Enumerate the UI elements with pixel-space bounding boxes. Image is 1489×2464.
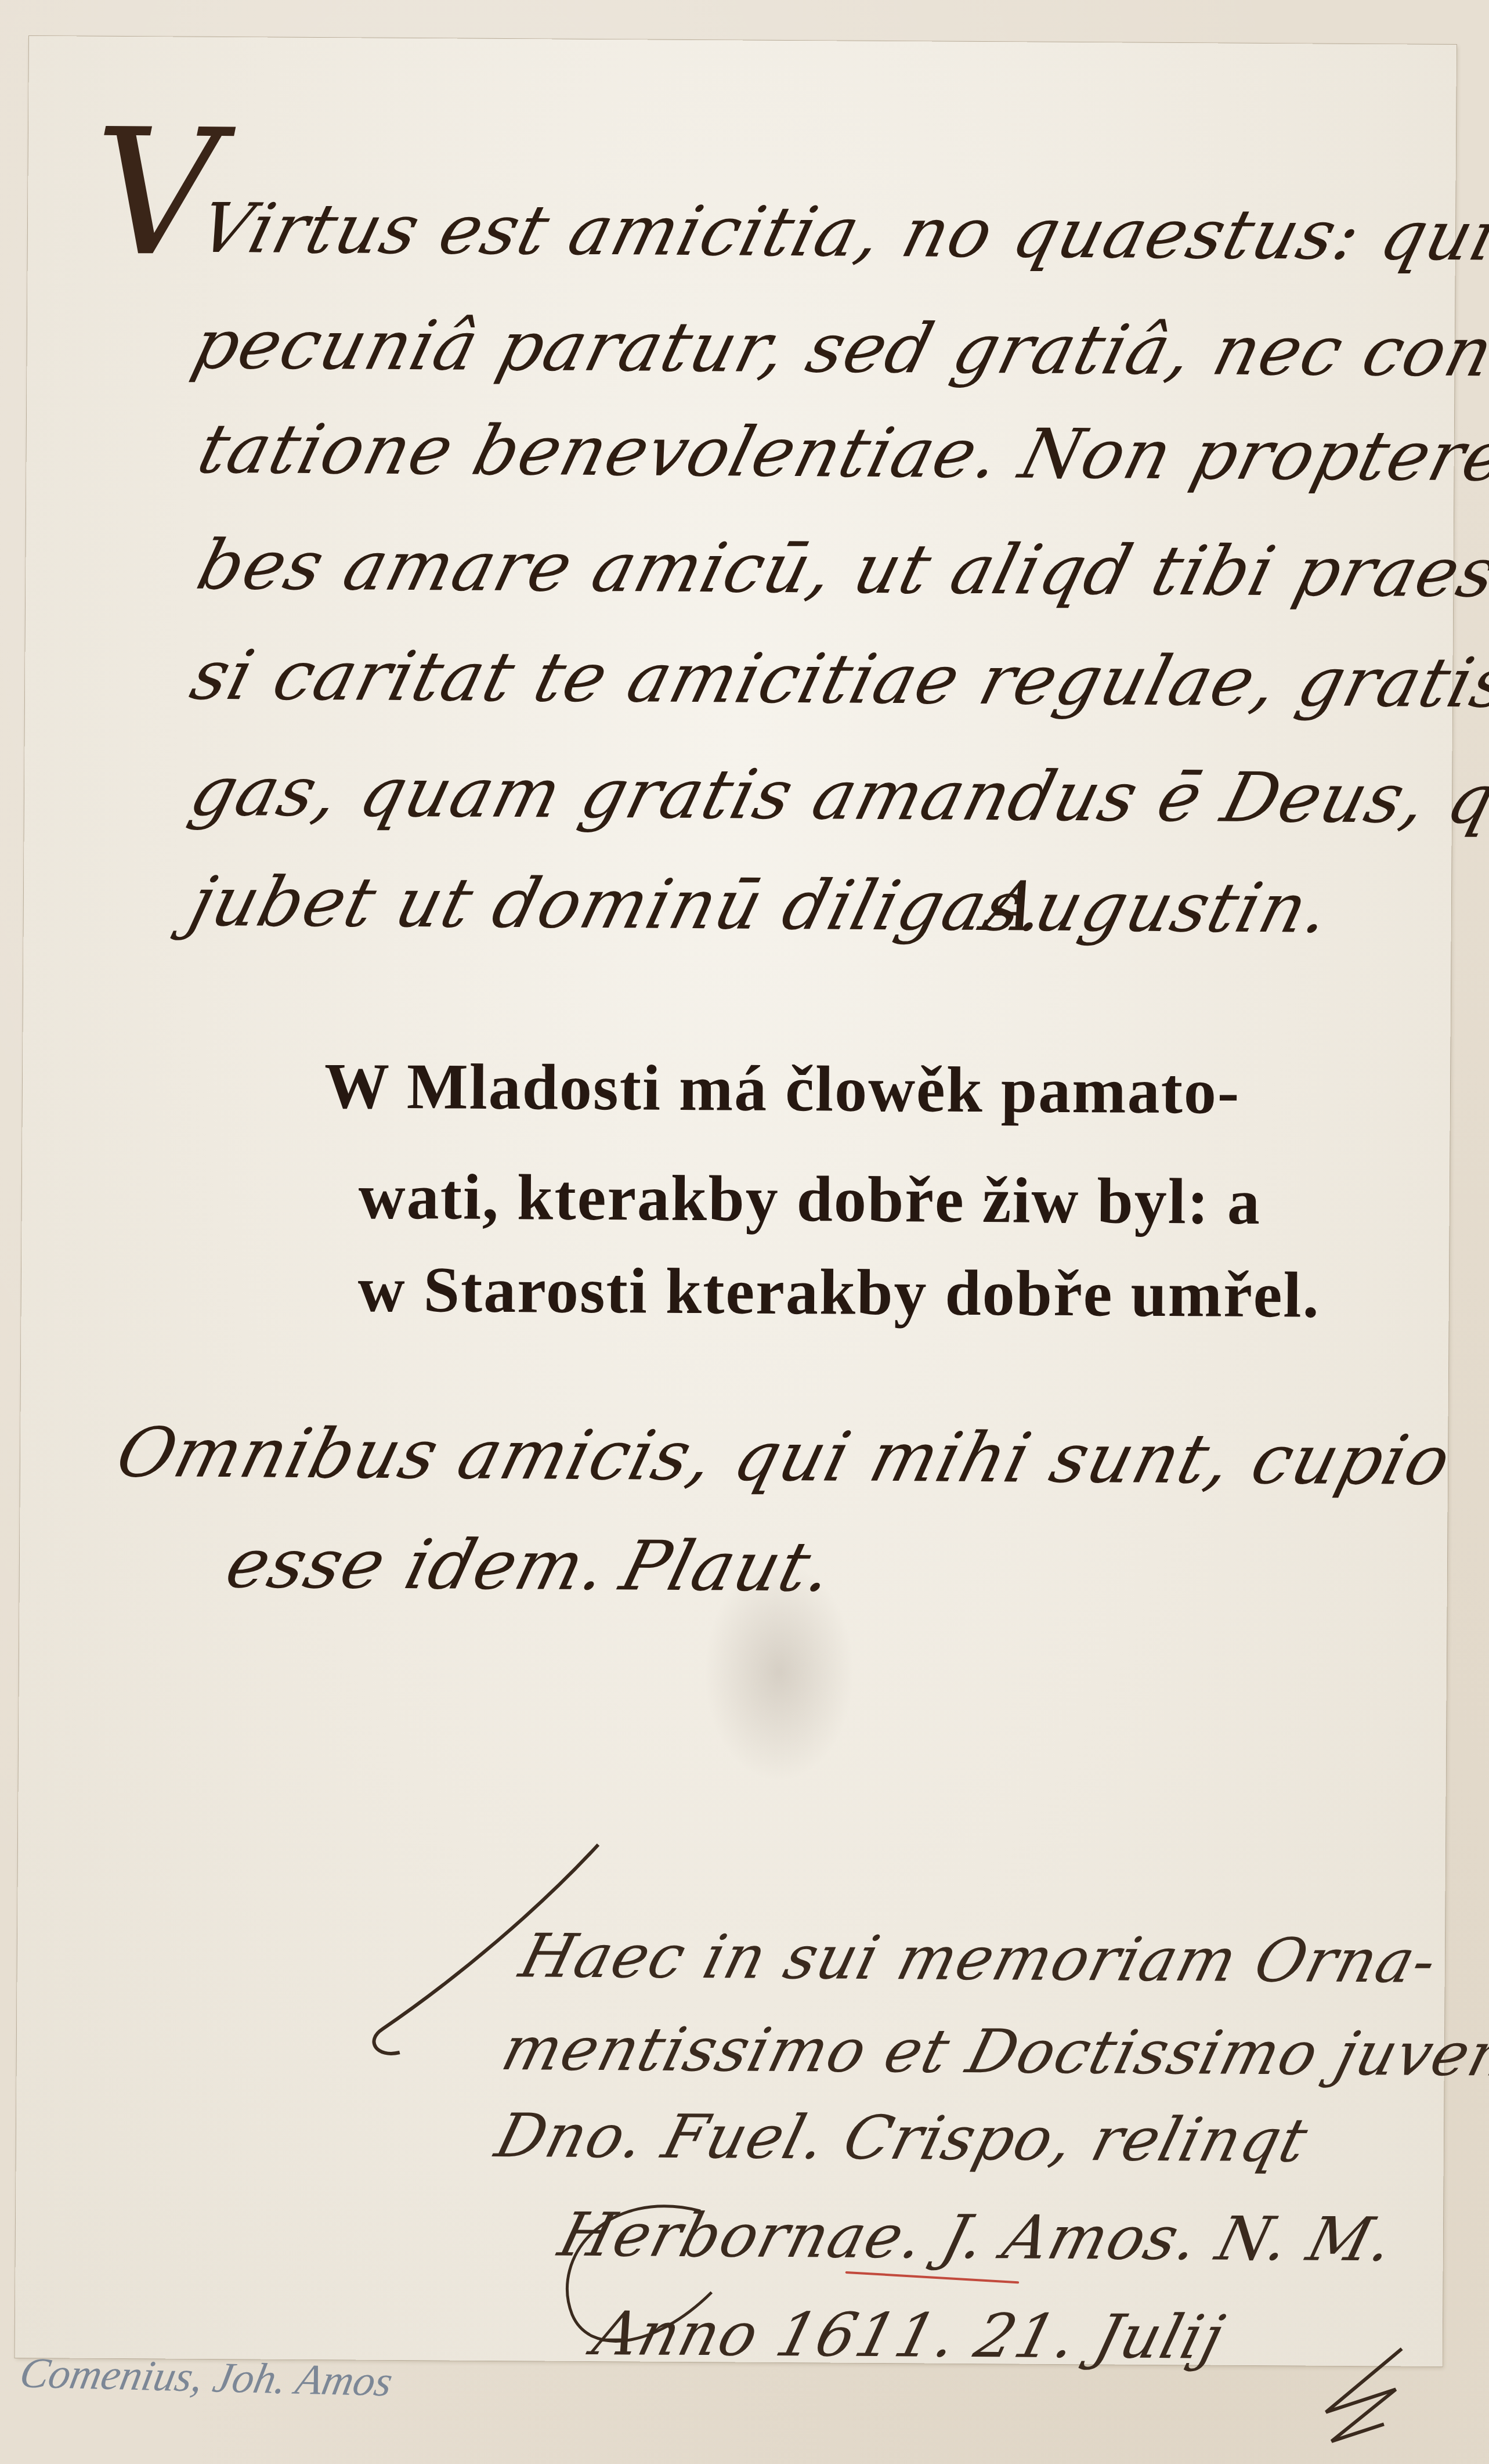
czech-line-3: w Starosti kterakby dobře umřel. bbox=[357, 1257, 1320, 1328]
dedication-line-5-date: Anno 1611. 21. Julij bbox=[588, 2303, 1231, 2367]
augustine-line-5: si caritat te amicitiae regulae, gratis … bbox=[185, 641, 1489, 718]
plautus-line-1: Omnibus amicis, qui mihi sunt, cupio bbox=[110, 1418, 1458, 1495]
augustine-attribution: Augustin. bbox=[978, 872, 1338, 942]
dedication-line-4-signature: Herbornae. J. Amos. N. M. bbox=[554, 2205, 1401, 2270]
augustine-line-3: tatione benevolentiae. Non propterea de- bbox=[192, 414, 1489, 492]
dedication-line-1: Haec in sui memoriam Orna- bbox=[515, 1925, 1444, 1991]
plautus-line-2: esse idem. bbox=[220, 1529, 615, 1600]
manuscript-sheet: V Virtus est amicitia, no quaestus: quia… bbox=[15, 36, 1457, 2366]
dedication-line-2: mentissimo et Doctissimo juveni bbox=[497, 2018, 1489, 2085]
red-pencil-underline bbox=[845, 2271, 1020, 2284]
augustine-line-6: gas, quam gratis amandus ē Deus, q bbox=[184, 757, 1489, 834]
augustine-line-7: jubet ut dominū diligas. bbox=[183, 867, 1054, 941]
czech-line-1: W Mladosti má člowěk pamato- bbox=[324, 1054, 1241, 1124]
pencil-attribution-note: Comenius, Joh. Amos bbox=[16, 2349, 397, 2407]
augustine-line-2: pecuniâ paratur, sed gratiâ, nec concer- bbox=[187, 310, 1489, 387]
augustine-line-4: bes amare amicū, ut aliqd tibi praestet,… bbox=[191, 531, 1489, 608]
dedication-line-3: Dno. Fuel. Crispo, relinqt bbox=[490, 2105, 1314, 2170]
czech-line-2: wati, kterakby dobře žiw byl: a bbox=[358, 1164, 1261, 1235]
augustine-line-1: Virtus est amicitia, no quaestus: quia n… bbox=[193, 194, 1489, 272]
plautus-attribution: Plaut. bbox=[615, 1531, 841, 1601]
